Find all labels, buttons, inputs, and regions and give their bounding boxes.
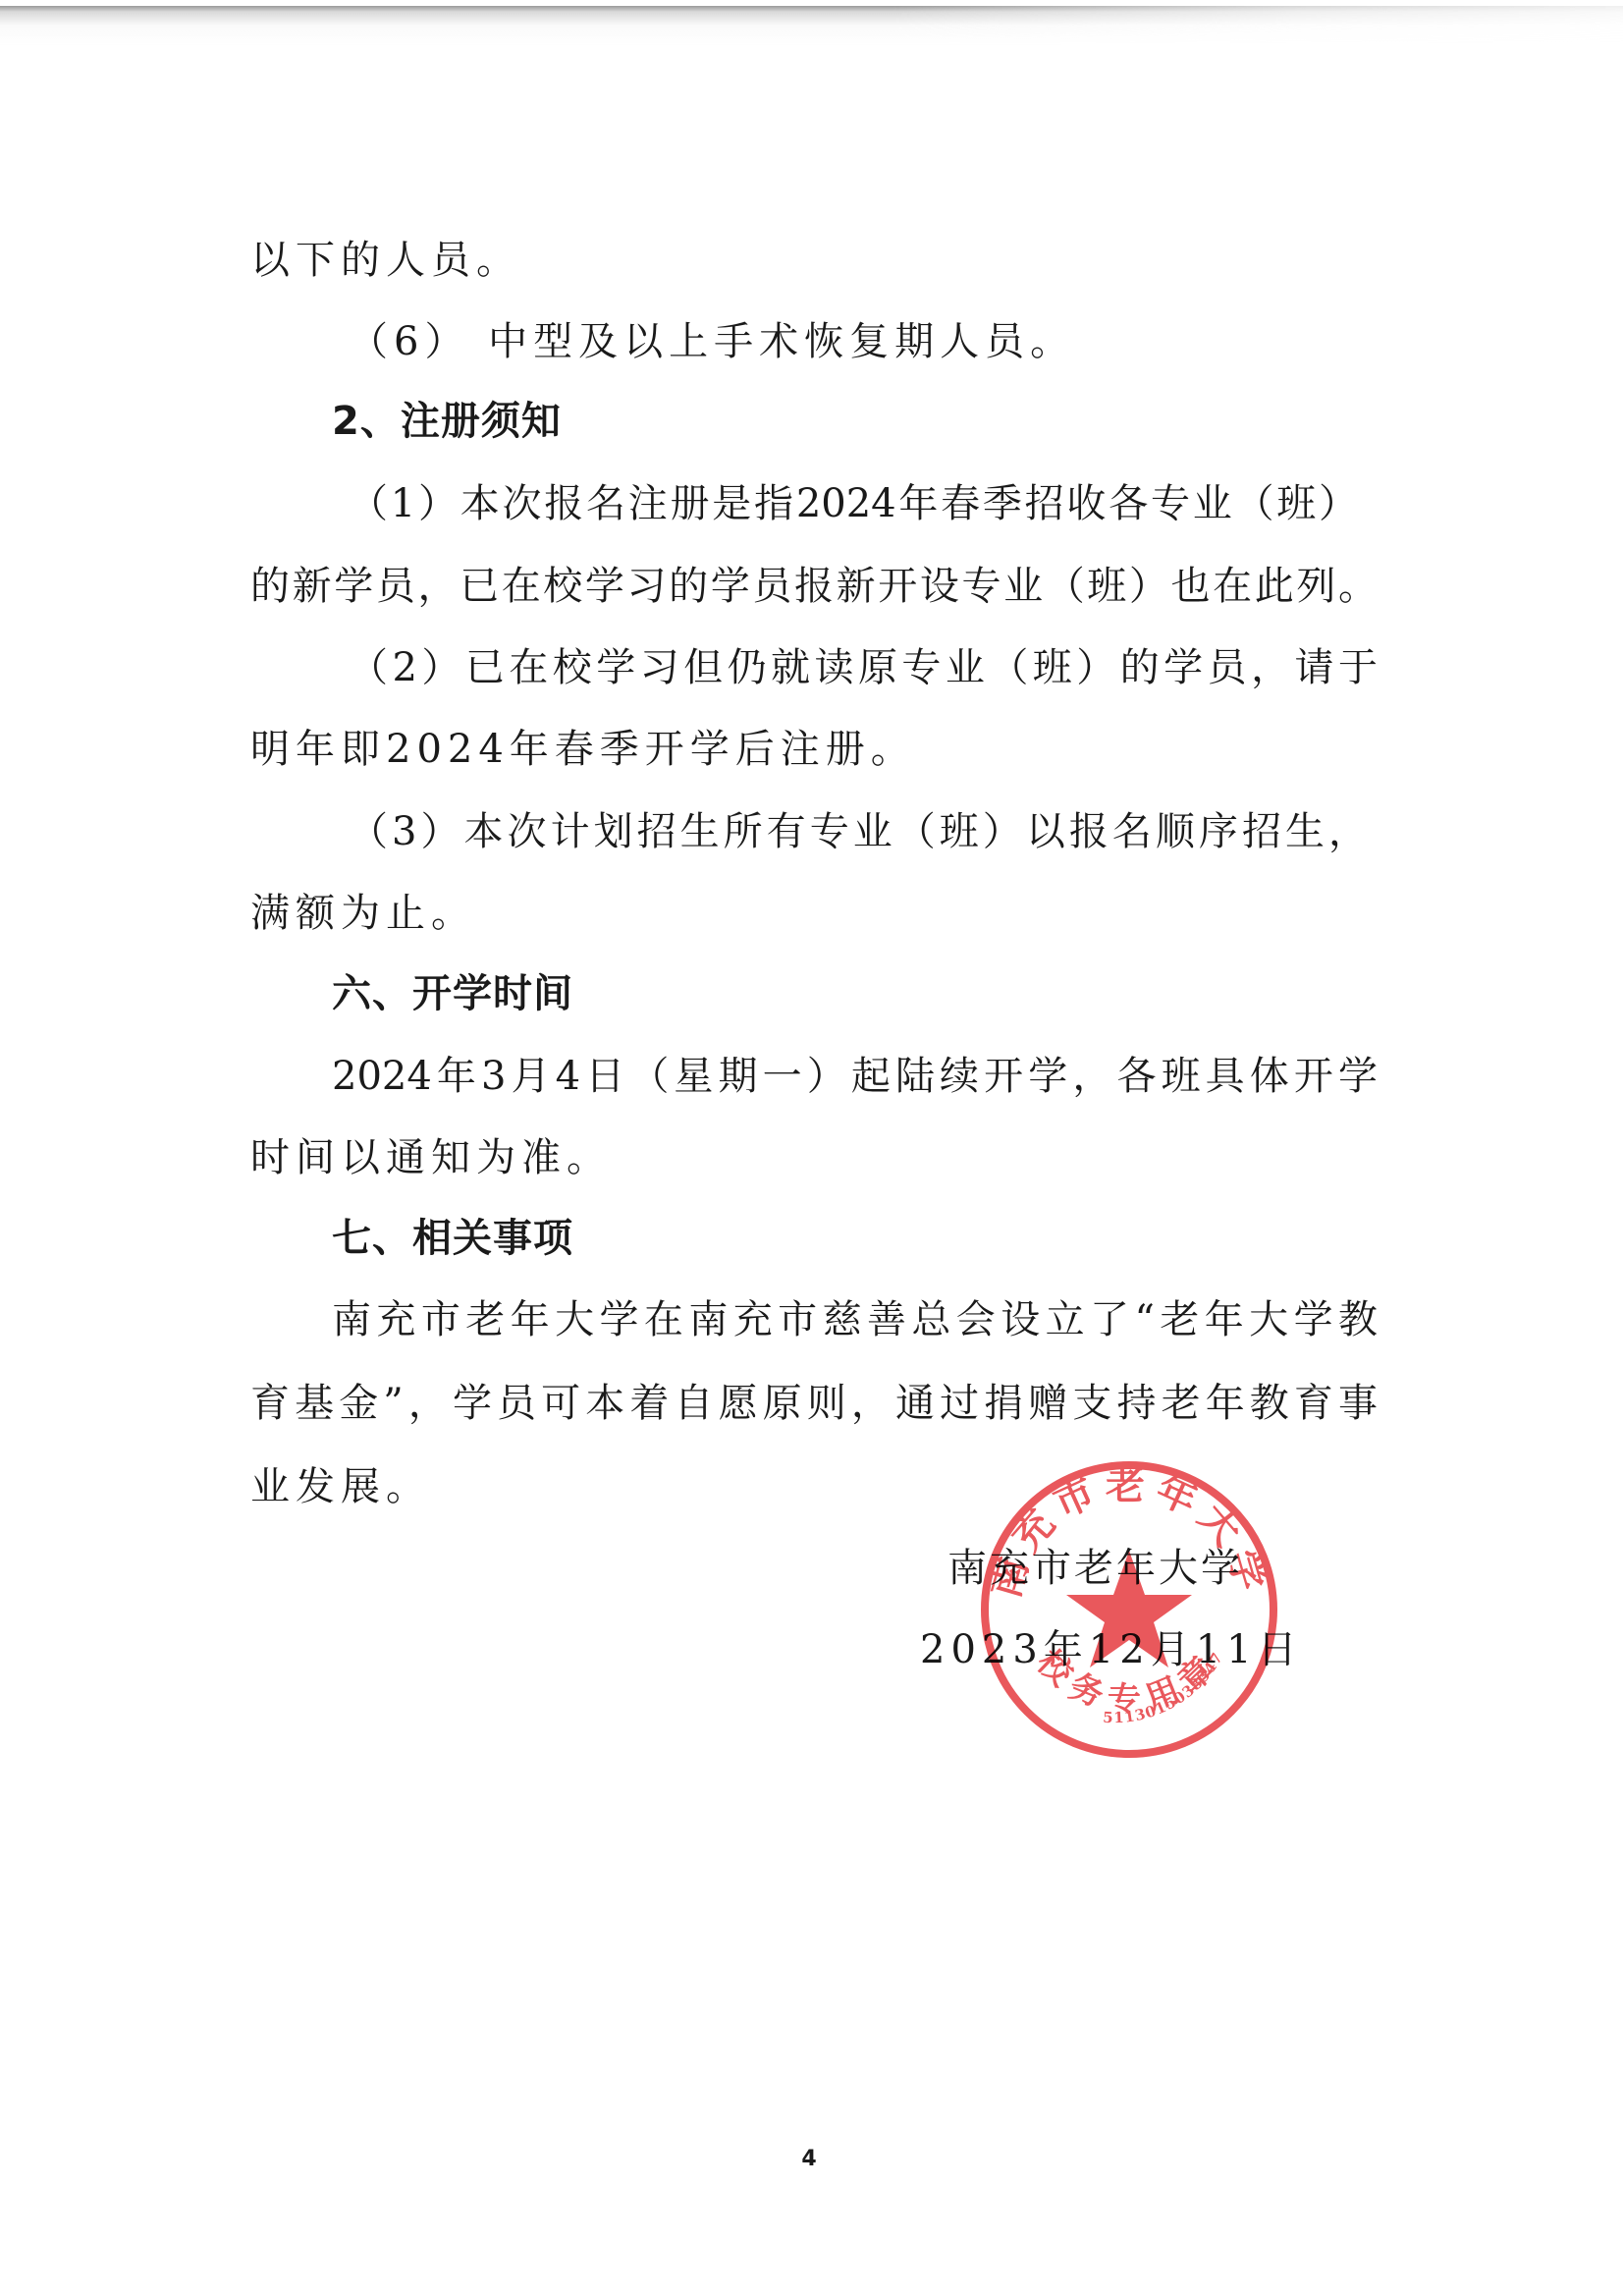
paragraph-line: 2024年3月4日（星期一）起陆续开学，各班具体开学 (332, 1052, 1378, 1101)
star-icon (1066, 1551, 1192, 1667)
paragraph-line: 时间以通知为准。 (250, 1133, 612, 1182)
section-heading-start-time: 六、开学时间 (332, 969, 573, 1018)
paragraph-line: （6） 中型及以上手术恢复期人员。 (349, 317, 1075, 366)
paragraph-line: （2）已在校学习但仍就读原专业（班）的学员，请于 (349, 643, 1378, 692)
official-seal: 南充市老年大学 校务专用章 5113015038347 (977, 1457, 1281, 1762)
paragraph-line: 明年即2024年春季开学后注册。 (250, 725, 916, 774)
paragraph-line: 满额为止。 (250, 889, 476, 938)
section-heading-related: 七、相关事项 (332, 1214, 573, 1263)
section-heading-register: 2、注册须知 (332, 397, 562, 446)
paragraph-line: （3）本次计划招生所有专业（班）以报名顺序招生， (349, 807, 1368, 856)
paragraph-line: 的新学员，已在校学习的学员报新开设专业（班）也在此列。 (250, 562, 1378, 611)
scan-shadow (0, 6, 1623, 45)
paragraph-line: 南充市老年大学在南充市慈善总会设立了“老年大学教 (332, 1295, 1378, 1344)
paragraph-line: 以下的人员。 (250, 236, 521, 285)
paragraph-line: （1）本次报名注册是指2024年春季招收各专业（班） (349, 479, 1358, 528)
page-number: 4 (798, 2147, 820, 2172)
paragraph-line: 育基金”，学员可本着自愿原则，通过捐赠支持老年教育事 (250, 1379, 1378, 1428)
paragraph-line: 业发展。 (250, 1462, 431, 1511)
